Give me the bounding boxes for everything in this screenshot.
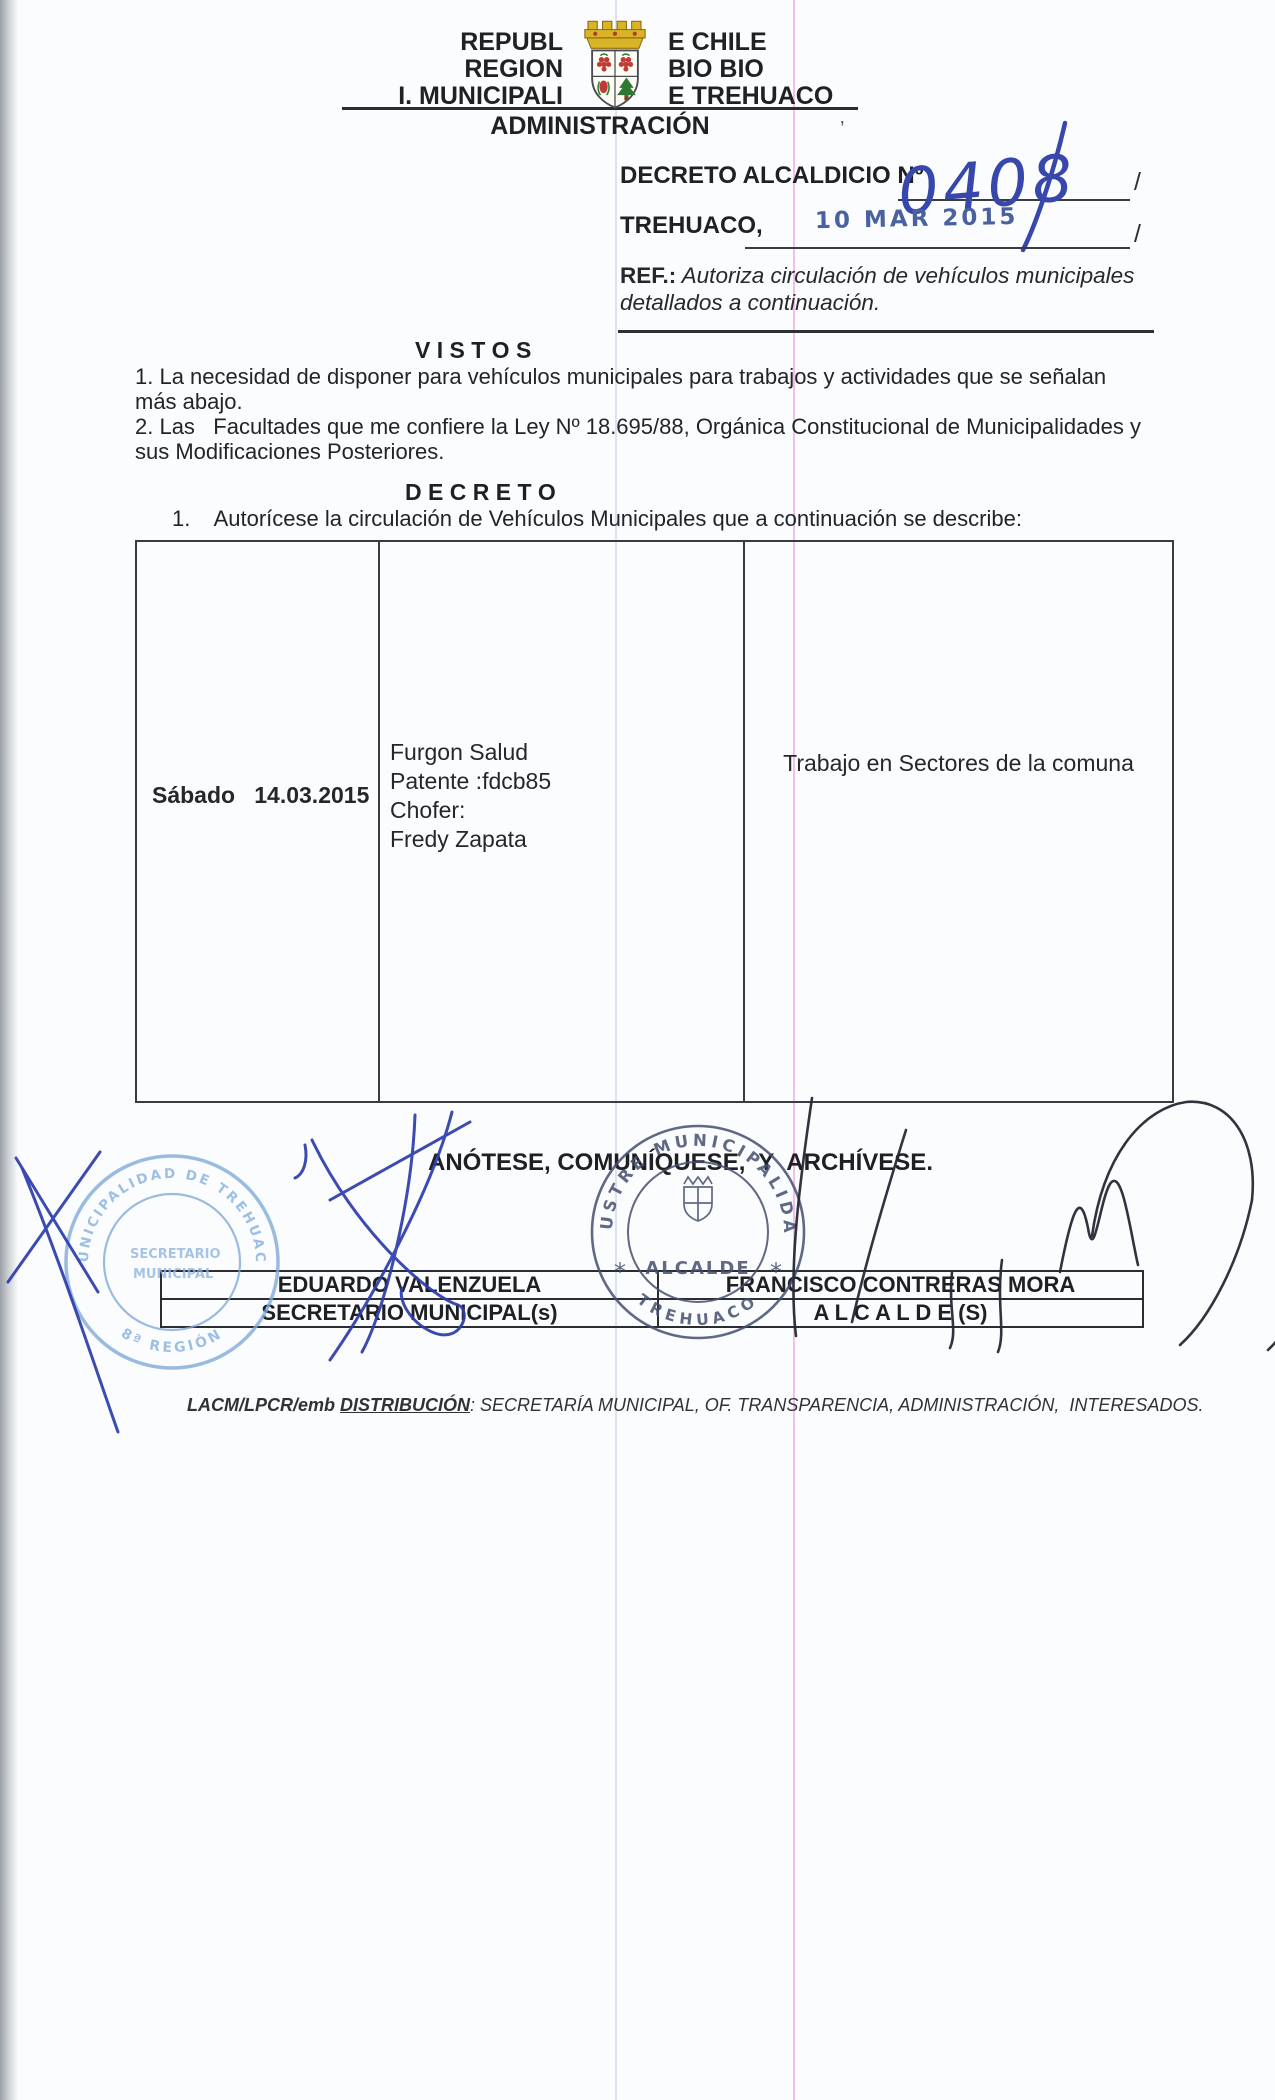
decree-date-line: [745, 247, 1130, 249]
decree-city-label: TREHUACO,: [620, 212, 763, 240]
ref-underline: [618, 330, 1154, 333]
vistos-line-3: 2. Las Facultades que me confiere la Ley…: [135, 414, 1141, 440]
decree-end-slash-2: /: [1134, 220, 1141, 249]
vehicle-line-3: Chofer:: [390, 796, 551, 825]
municipal-coat-of-arms-icon: [562, 14, 668, 118]
scanned-decree-page: REPUBL E CHILE REGION BIO BIO I. MUNICIP…: [0, 0, 1275, 2100]
vistos-line-2: más abajo.: [135, 389, 243, 415]
signer-left-title: SECRETARIO MUNICIPAL(s): [162, 1300, 659, 1326]
vehicle-line-2: Patente :fdcb85: [390, 767, 551, 796]
decreto-item: 1. Autorícese la circulación de Vehículo…: [172, 506, 1022, 532]
letterhead-line1-left: REPUBL: [300, 28, 563, 57]
distribution-rest: : SECRETARÍA MUNICIPAL, OF. TRANSPARENCI…: [470, 1395, 1203, 1415]
ref-line1: Autoriza circulación de vehículos munici…: [676, 263, 1134, 288]
svg-text:8ª REGIÓN: 8ª REGIÓN: [118, 1326, 226, 1357]
vistos-line-1: 1. La necesidad de disponer para vehícul…: [135, 364, 1106, 390]
handwritten-decree-number: 0408: [860, 105, 1180, 275]
pen-tick-mark: ’: [840, 118, 844, 141]
alcalde-stamp-crest-icon: [684, 1177, 712, 1221]
table-cell-task: Trabajo en Sectores de la comuna: [745, 750, 1172, 777]
date-stamp: 10 MAR 2015: [815, 204, 1019, 234]
vistos-line-4: sus Modificaciones Posteriores.: [135, 439, 444, 465]
ref-label: REF.:: [620, 263, 676, 288]
distribution-label: DISTRIBUCIÓN: [340, 1395, 470, 1415]
signature-table: EDUARDO VALENZUELA FRANCISCO CONTRERAS M…: [160, 1270, 1144, 1328]
vistos-heading: V I S T O S: [415, 337, 531, 364]
vehicle-line-1: Furgon Salud: [390, 738, 551, 767]
letterhead-line2-left: REGION: [300, 55, 563, 84]
letterhead-line2-right: BIO BIO: [668, 55, 764, 84]
ref-block: REF.: Autoriza circulación de vehículos …: [620, 262, 1155, 316]
closing-order-text: ANÓTESE, COMUNÍQUESE, Y ARCHÍVESE.: [428, 1149, 933, 1177]
table-divider-1: [378, 542, 380, 1101]
secretario-stamp-line1: SECRETARIO: [130, 1247, 221, 1262]
decreto-heading: D E C R E T O: [405, 479, 556, 506]
scan-edge-shadow: [0, 0, 18, 2100]
distribution-line: LACM/LPCR/emb DISTRIBUCIÓN: SECRETARÍA M…: [167, 1374, 1203, 1437]
signer-right-name: FRANCISCO CONTRERAS MORA: [659, 1272, 1142, 1300]
vehicle-line-4: Fredy Zapata: [390, 825, 551, 854]
vehicle-table: Sábado 14.03.2015 Furgon Salud Patente :…: [135, 540, 1174, 1103]
table-cell-date: Sábado 14.03.2015: [152, 782, 369, 809]
secretario-stamp-ring-bottom: 8ª REGIÓN: [118, 1326, 226, 1357]
distribution-initials: LACM/LPCR/emb: [187, 1395, 340, 1415]
table-divider-2: [743, 542, 745, 1101]
letterhead-line1-right: E CHILE: [668, 28, 767, 57]
table-cell-vehicle: Furgon Salud Patente :fdcb85 Chofer: Fre…: [390, 738, 551, 854]
ref-line2: detallados a continuación.: [620, 289, 1155, 316]
signer-right-title: A L C A L D E (S): [659, 1300, 1142, 1326]
signer-left-name: EDUARDO VALENZUELA: [162, 1272, 659, 1300]
